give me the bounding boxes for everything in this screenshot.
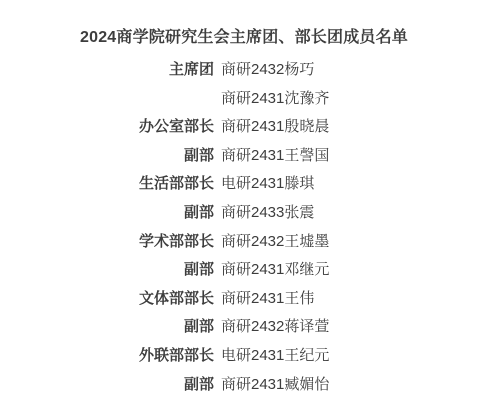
table-row: 副部 商研2432蒋译萱 xyxy=(0,318,488,335)
table-row: 副部 商研2431邓继元 xyxy=(0,261,488,278)
role-label: 副部 xyxy=(0,204,214,221)
table-row: 办公室部长 商研2431殷晓晨 xyxy=(0,118,488,135)
member-value: 商研2431臧媚怡 xyxy=(221,376,488,393)
member-value: 商研2433张震 xyxy=(221,204,488,221)
role-label: 副部 xyxy=(0,376,214,393)
table-row: 外联部部长 电研2431王纪元 xyxy=(0,347,488,364)
member-value: 商研2431沈豫齐 xyxy=(221,90,488,107)
role-label: 副部 xyxy=(0,318,214,335)
role-label: 学术部部长 xyxy=(0,233,214,250)
table-row: 副部 商研2431臧媚怡 xyxy=(0,376,488,393)
member-value: 商研2431殷晓晨 xyxy=(221,118,488,135)
role-label: 生活部部长 xyxy=(0,175,214,192)
document-page: 2024商学院研究生会主席团、部长团成员名单 主席团 商研2432杨巧 商研24… xyxy=(0,0,488,411)
role-label: 文体部部长 xyxy=(0,290,214,307)
member-value: 电研2431滕琪 xyxy=(221,175,488,192)
role-label: 副部 xyxy=(0,261,214,278)
role-label: 主席团 xyxy=(0,61,214,78)
member-value: 商研2431王謦国 xyxy=(221,147,488,164)
member-value: 商研2431邓继元 xyxy=(221,261,488,278)
table-row: 主席团 商研2432杨巧 xyxy=(0,61,488,78)
table-row: 副部 商研2433张震 xyxy=(0,204,488,221)
role-label: 外联部部长 xyxy=(0,347,214,364)
member-value: 商研2432杨巧 xyxy=(221,61,488,78)
table-row: 文体部部长 商研2431王伟 xyxy=(0,290,488,307)
member-value: 电研2431王纪元 xyxy=(221,347,488,364)
member-value: 商研2431王伟 xyxy=(221,290,488,307)
member-list: 主席团 商研2432杨巧 商研2431沈豫齐 办公室部长 商研2431殷晓晨 副… xyxy=(0,61,488,404)
table-row: 生活部部长 电研2431滕琪 xyxy=(0,175,488,192)
member-value: 商研2432蒋译萱 xyxy=(221,318,488,335)
role-label: 办公室部长 xyxy=(0,118,214,135)
table-row: 商研2431沈豫齐 xyxy=(0,90,488,107)
page-title: 2024商学院研究生会主席团、部长团成员名单 xyxy=(0,29,488,46)
member-value: 商研2432王墟墨 xyxy=(221,233,488,250)
table-row: 副部 商研2431王謦国 xyxy=(0,147,488,164)
role-label: 副部 xyxy=(0,147,214,164)
table-row: 学术部部长 商研2432王墟墨 xyxy=(0,233,488,250)
